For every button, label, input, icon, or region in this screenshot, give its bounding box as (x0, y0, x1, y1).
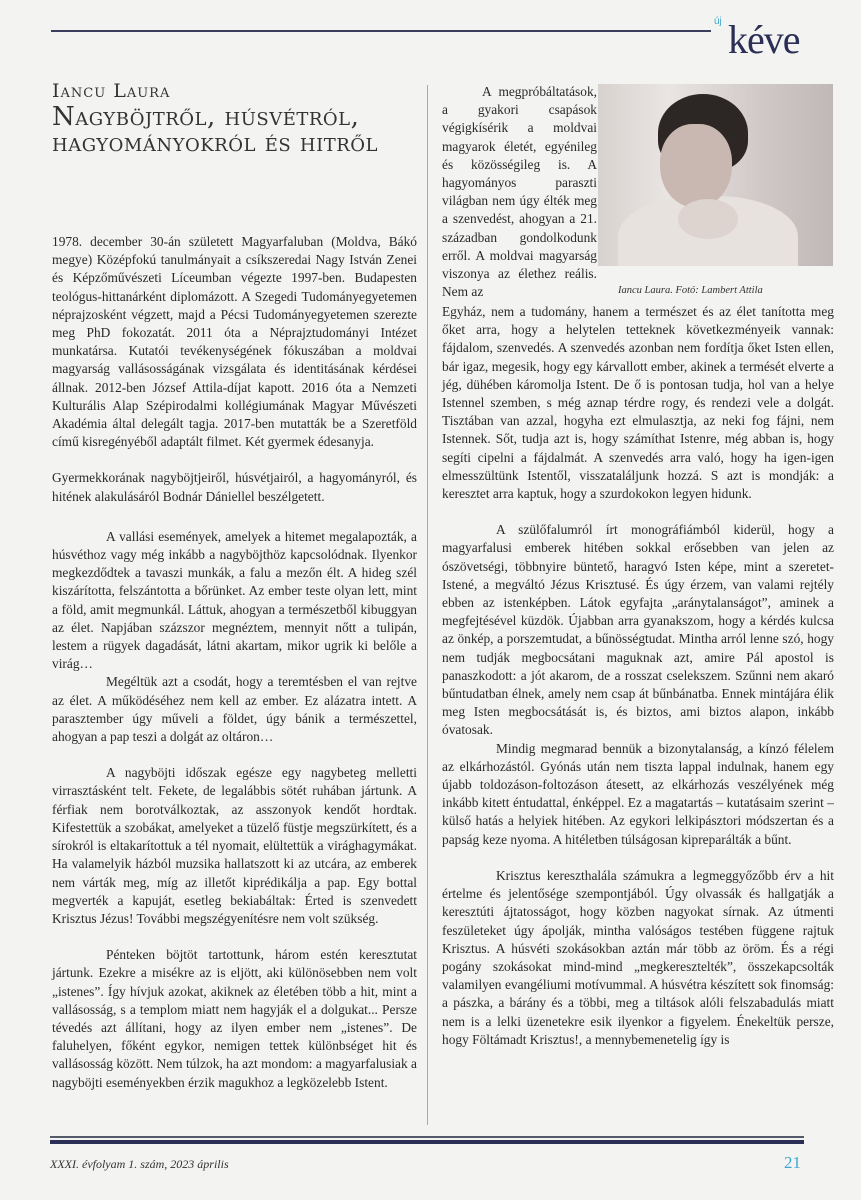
body-paragraph: Pénteken böjtöt tartottunk, három estén … (52, 946, 417, 1092)
author-photo (598, 84, 833, 266)
author-bio: 1978. december 30-án született Magyarfal… (52, 233, 417, 451)
article-title: Nagyböjtről, húsvétról, hagyományokról é… (52, 104, 432, 156)
right-column: Egyház, nem a tudomány, hanem a természe… (442, 303, 834, 1049)
right-intro-text: A megpróbáltatások, a gyakori csapások v… (442, 83, 597, 301)
body-paragraph: A vallási események, amelyek a hitemet m… (52, 528, 417, 674)
logo-main-text: kéve (728, 20, 800, 60)
body-paragraph: Megéltük azt a csodát, hogy a teremtésbe… (52, 673, 417, 746)
body-paragraph: A nagyböjti időszak egésze egy nagybeteg… (52, 764, 417, 928)
body-paragraph: A szülőfalumról írt monográfiámból kider… (442, 521, 834, 739)
photo-caption: Iancu Laura. Fotó: Lambert Attila (618, 285, 838, 296)
title-line-1: Nagyböjtről, húsvétról, (52, 104, 432, 130)
title-line-2: hagyományokról és hitről (52, 130, 432, 156)
article-lead: Gyermekkorának nagyböjtjeiről, húsvétjai… (52, 469, 417, 505)
article-author: Iancu Laura (52, 80, 170, 102)
column-divider (427, 85, 428, 1125)
header-rule (51, 30, 711, 32)
footer-rule (50, 1136, 804, 1138)
body-paragraph: Krisztus kereszthalála számukra a legmeg… (442, 867, 834, 1049)
body-paragraph: Egyház, nem a tudomány, hanem a természe… (442, 303, 834, 503)
logo-small-text: új (714, 16, 722, 27)
left-column: 1978. december 30-án született Magyarfal… (52, 233, 417, 1092)
body-paragraph: A megpróbáltatások, a gyakori csapások v… (442, 83, 597, 301)
footer-rule-thick (50, 1140, 804, 1144)
page-number: 21 (784, 1153, 801, 1173)
body-paragraph: Mindig megmarad bennük a bizonytalanság,… (442, 740, 834, 849)
issue-info: XXXI. évfolyam 1. szám, 2023 április (50, 1157, 229, 1172)
